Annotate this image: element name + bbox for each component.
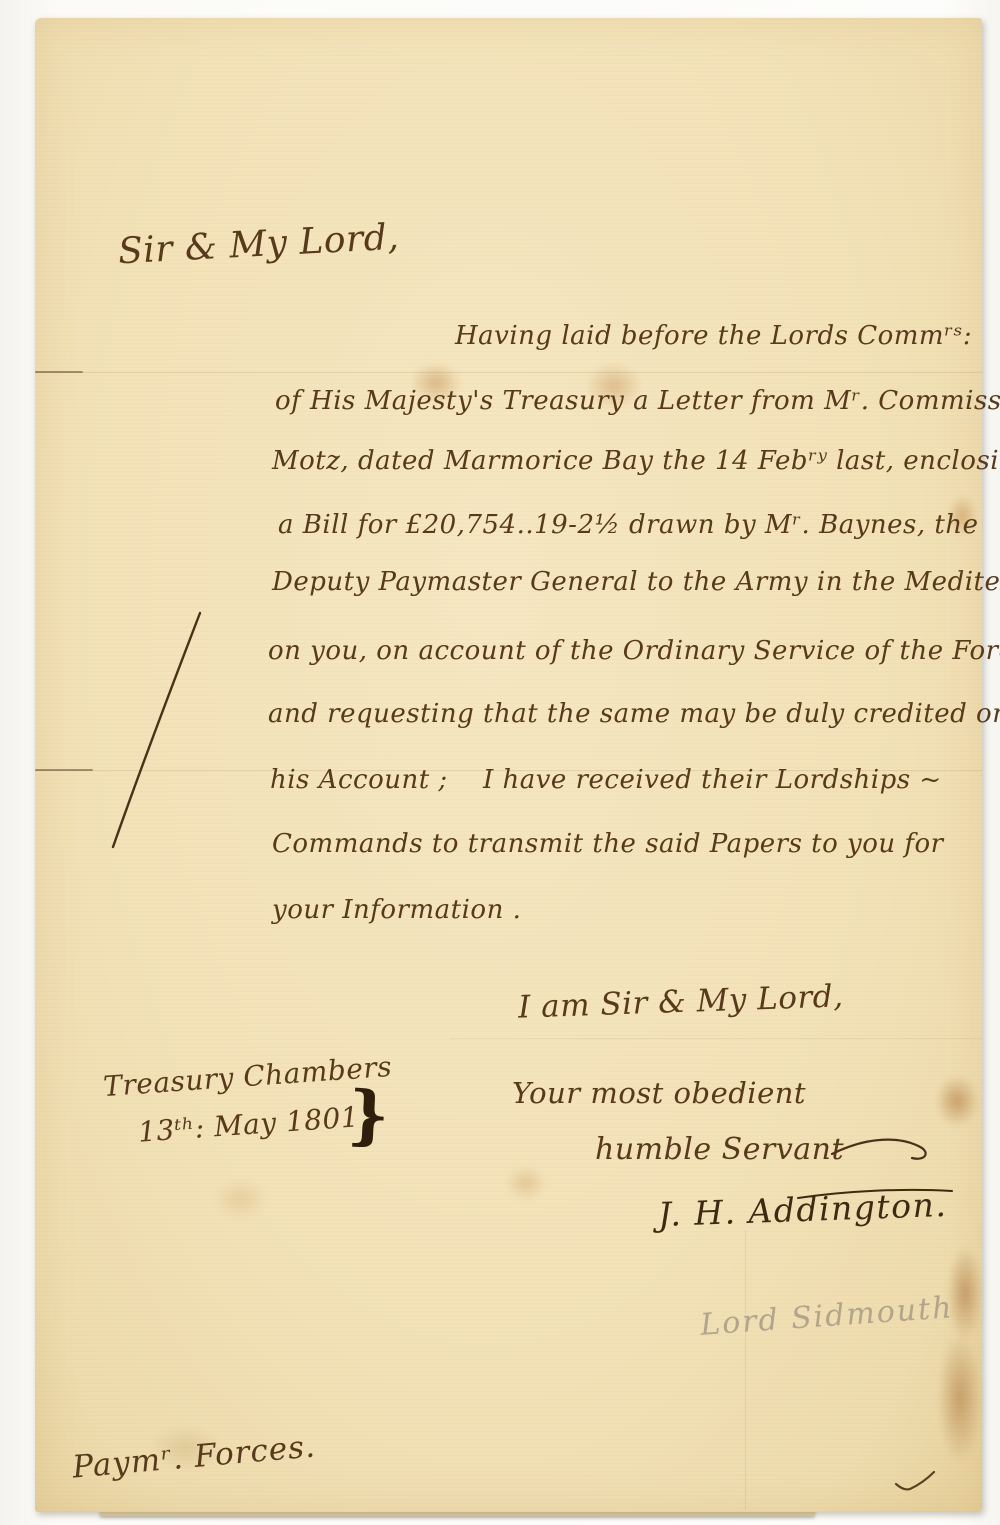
stain (215, 1178, 267, 1220)
body-line: of His Majesty's Treasury a Letter from … (275, 387, 1000, 416)
fold-crease-edge (35, 371, 83, 373)
fold-crease-edge (35, 769, 93, 771)
fold-crease (35, 372, 982, 373)
body-line: your Information . (272, 896, 521, 925)
body-line: his Account ; I have received their Lord… (270, 766, 942, 795)
body-line: Commands to transmit the said Papers to … (272, 830, 944, 859)
body-line: and requesting that the same may be duly… (268, 700, 1000, 729)
fold-crease (745, 1230, 746, 1510)
body-line: a Bill for £20,754..19-2½ drawn by Mʳ. B… (278, 511, 978, 540)
body-line: on you, on account of the Ordinary Servi… (268, 637, 1000, 666)
dateline-brace: } (346, 1077, 391, 1154)
closing-line: humble Servant (595, 1133, 844, 1166)
closing-line: Your most obedient (512, 1078, 806, 1110)
body-line: Deputy Paymaster General to the Army in … (272, 568, 1000, 597)
fold-crease (450, 1038, 982, 1039)
body-line: Motz, dated Marmorice Bay the 14 Febʳʸ l… (272, 447, 1000, 476)
stain (938, 1333, 982, 1463)
stain (505, 1165, 547, 1201)
body-line: Having laid before the Lords Commʳˢ: (455, 322, 972, 351)
stain (935, 1075, 979, 1127)
letter-scan: Sir & My Lord, Having laid before the Lo… (0, 0, 1000, 1525)
